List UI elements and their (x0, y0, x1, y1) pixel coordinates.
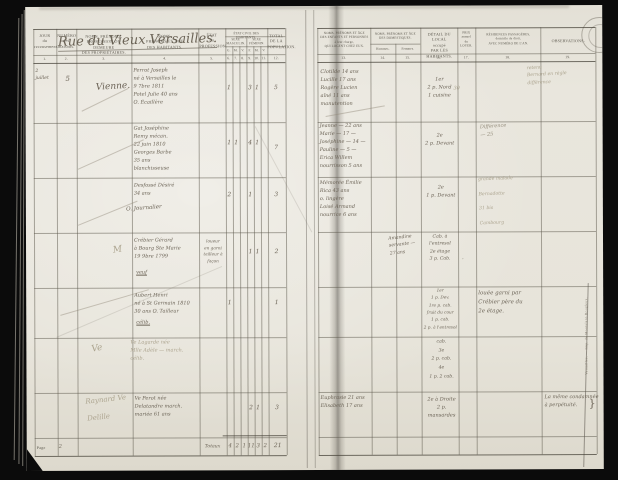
entry-local: 2e 2 p. Devant (424, 132, 456, 148)
row-total: 1 (273, 299, 280, 306)
total-cell: 11 (248, 443, 255, 449)
pencil-observation: retenu Bernard en règle différence (526, 62, 589, 87)
entry-etat: loueur en garni tailleur à façon (201, 238, 225, 265)
crease (255, 126, 313, 232)
page-edge-smudge (39, 5, 569, 10)
entry-habitants: Crébier Gérard à Bourg Ste Marie 19 9bre… (134, 236, 198, 260)
civil-count: 4 (247, 139, 254, 146)
col-number: 18. (475, 55, 540, 60)
header-prix: PRIX annuel du LOYER. (457, 30, 475, 47)
header-residences: RÉSIDENCES PASSAGÈRES, domicile de droit… (476, 32, 540, 45)
col-number: 14. (370, 56, 395, 61)
header-observations: OBSERVATIONS. (541, 38, 595, 44)
entry-habitants: Gat Joséphine Remy mécan. 22 juin 1810 G… (134, 124, 198, 172)
header-jour: JOUR du recensement. (34, 33, 55, 49)
header-sexe-masculin: SEXE MASCULIN. (225, 37, 246, 46)
entry-maison: 5 (65, 74, 70, 85)
row-total: 3 (274, 404, 281, 411)
civil-count: 1 (253, 84, 260, 91)
rule (370, 44, 420, 45)
entry-habitants: Aubert Henri né à St Germain 1810 30 ans… (134, 291, 202, 315)
entry-enfants: Clotilde 14 ans Lucille 17 ans Rogère Lu… (320, 68, 370, 108)
pencil-mark: M (112, 242, 123, 258)
entry-local: Cab. à l'entresol 2e étage 3 p. Cab. (423, 234, 457, 263)
entry-profession: O. Journalier (126, 203, 162, 214)
rule (34, 287, 286, 289)
entry-local: 2e 1 p. Devant (426, 184, 456, 200)
rule (34, 177, 286, 179)
col-number: 3. (76, 57, 131, 62)
col-number: 9. (246, 56, 253, 61)
totals-label: Totaux (205, 443, 221, 450)
civil-count: 1 (226, 299, 233, 306)
page-edge (22, 10, 25, 466)
total-cell: 4 (227, 443, 234, 449)
col-number: 5. (198, 56, 225, 61)
page-inner-edge (313, 10, 316, 468)
civil-count: 1 (233, 139, 240, 146)
rule (232, 46, 234, 455)
col-number: 10. (253, 56, 260, 61)
civil-count: 1 (254, 248, 261, 255)
printer-imprint: Versailles. — Imp. de Montalant-Bougleux… (584, 297, 588, 375)
entry-local: 1er 1 p. Dev. 1re p. cab. fruit du cour … (423, 287, 457, 331)
header-proprietaires: NOMS, PRÉNOMS, PROFESSION OU DEMEURE DES… (77, 34, 130, 56)
civil-count: 2 (248, 404, 255, 411)
rule (267, 28, 269, 455)
entry-prix: 30 (453, 84, 459, 92)
col-number: 17. (457, 55, 475, 60)
grand-total: 21 (272, 442, 284, 449)
col-number: 8. (239, 56, 246, 61)
pencil-residences: grande malade Bernadotte 31 bis Cambourg (478, 171, 542, 232)
header-sub-veuves: V. (260, 48, 267, 52)
header-enfants: NOMS, PRÉNOMS ET ÂGE DES ENFANTS ET PERS… (318, 31, 370, 48)
entry-note: veuf (136, 269, 147, 277)
header-femmes: Femmes. (395, 47, 420, 51)
rule (35, 437, 287, 439)
rule (318, 176, 596, 178)
civil-count: 1 (254, 139, 261, 146)
row-total: 3 (273, 191, 280, 198)
register-page: Rue du Vieux Versailles. JOUR du r (25, 5, 604, 471)
entry-enfants: Jeanne — 22 ans Marie — 17 — Joséphine —… (320, 122, 372, 170)
col-number: 15. (395, 56, 420, 61)
header-sub-filles: F. (246, 48, 253, 52)
entry-local: 2e à Droite 2 p. mansardes (425, 395, 459, 419)
pencil-mark: Ve (90, 341, 103, 357)
civil-count: 2 (226, 191, 233, 198)
civil-count: 1 (255, 404, 262, 411)
col-number: 16. (420, 56, 457, 61)
entry-habitants: Ve Perot née Delatandre march. mariée 61… (135, 394, 203, 418)
entry-enfants: Euphrasie 21 ans Elisabeth 17 ans (321, 394, 376, 410)
entry-prix: · (462, 255, 464, 263)
rule (317, 27, 595, 29)
civil-count: 1 (226, 139, 233, 146)
col-number: 13. (317, 56, 370, 61)
header-sub-veufs: V. (239, 48, 246, 52)
rule (35, 455, 287, 457)
rule (317, 28, 319, 455)
row-total: 7 (273, 144, 280, 151)
page-number: 2 (59, 443, 62, 451)
header-domestiques: NOMS, PRÉNOMS ET ÂGE DES DOMESTIQUES. (370, 32, 420, 41)
header-sub-mariees: M. (253, 48, 260, 52)
col-number: 7. (232, 56, 239, 61)
civil-count: 1 (225, 84, 232, 91)
entry-residences: louée garni par Crébier père du 2e étage… (478, 289, 540, 316)
civil-count: 1 (247, 191, 254, 198)
rule (223, 435, 287, 436)
entry-proprietaire: Vienne. (95, 79, 130, 95)
header-etat: ÉTAT ou PROFESSION. (199, 32, 224, 48)
entry-domestiques: Amandine servante — 27 ans (388, 233, 416, 258)
entry-jour: 2 juillet (35, 68, 48, 83)
rule (33, 62, 285, 64)
col-number: 12. (267, 56, 285, 61)
col-number: 1. (33, 57, 56, 62)
civil-count: 1 (247, 248, 254, 255)
microfilm-scan: Rue du Vieux Versailles. JOUR du r (0, 0, 618, 480)
col-number: 4. (131, 56, 198, 61)
rule (319, 454, 597, 456)
rule (56, 29, 58, 456)
rule (225, 28, 227, 455)
page-label: Page (37, 445, 53, 450)
pencil-entry: Ve Lagarde née Mlle Adèle — march. célib… (130, 338, 230, 362)
rule (475, 27, 477, 454)
brace-mark: } (589, 395, 596, 413)
row-total: 5 (272, 84, 279, 91)
rule (319, 436, 597, 438)
total-cell: 1 (241, 443, 248, 449)
header-sub-maries: M. (232, 48, 239, 52)
rule (76, 29, 78, 456)
col-number: 11. (260, 56, 267, 61)
rule (239, 46, 241, 455)
total-cell: 2 (262, 443, 269, 449)
header-sub-garcons: G. (225, 48, 232, 52)
header-hommes: Hommes. (370, 47, 395, 51)
pencil-entry: Raynard Ve Delille (85, 389, 129, 427)
rule (34, 232, 286, 234)
rule (370, 28, 372, 455)
entry-local: 1er 2 p. Nord 1 cuisine (423, 76, 455, 100)
rule (540, 27, 542, 454)
row-total: 2 (273, 248, 280, 255)
entry-note: célib. (136, 319, 150, 327)
entry-habitants: Desfossé Désiré 34 ans (134, 181, 198, 197)
header-numero: NUMÉRO des maisons. (57, 33, 75, 49)
header-sexe-feminin: SEXE FÉMININ. (246, 37, 267, 46)
header-habitants: NOMS, PRÉNOMS ET ÂGE DES HABITANTS. (132, 33, 197, 49)
civil-count: 3 (246, 84, 253, 91)
page-inner-edge (305, 10, 308, 468)
rule (595, 27, 597, 454)
entry-residences: Différence — 25 (480, 121, 508, 139)
col-number: 19. (540, 55, 595, 60)
rule (318, 336, 596, 338)
entry-enfants: Mémorée Émilie Rica 43 ans o. lingère Lo… (320, 179, 372, 219)
rule (33, 29, 35, 456)
total-cell: 2 (234, 443, 241, 449)
col-number: 6. (225, 56, 232, 61)
header-total: TOTAL DE LA POPULATION. (267, 33, 285, 49)
entry-local: cab. 3e 2 p. cab. 4e 1 p. 2 cab. (426, 339, 456, 383)
col-number: 2. (56, 57, 76, 62)
rule (285, 28, 287, 455)
entry-habitants: Perrot Joseph né à Versailles le 9 7bre … (133, 66, 197, 106)
total-cell: 3 (255, 443, 262, 449)
